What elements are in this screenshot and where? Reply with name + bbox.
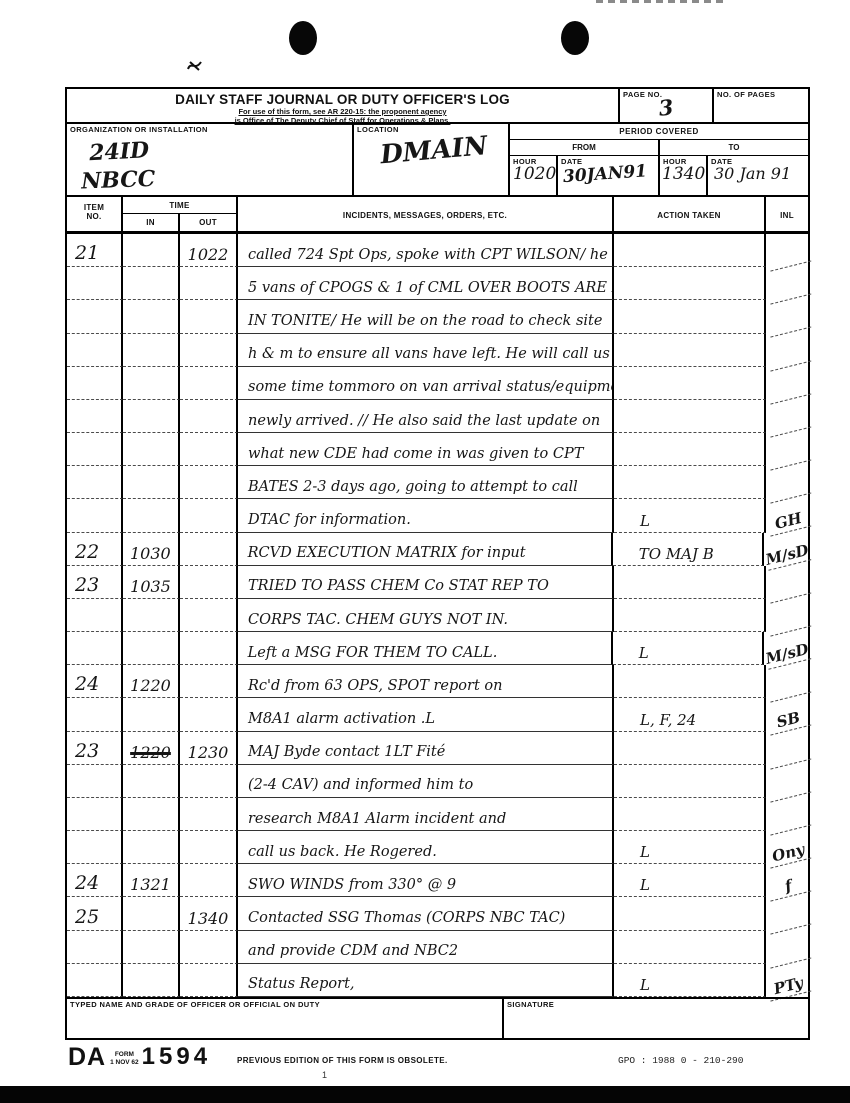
incident-text-cell: IN TONITE/ He will be on the road to che… [238, 300, 614, 333]
action-taken-cell: L, F, 24 [614, 698, 766, 731]
log-row: newly arrived. // He also said the last … [67, 400, 808, 433]
time-in-cell [123, 931, 180, 964]
time-in-cell [123, 964, 180, 997]
action-taken-cell [614, 566, 766, 599]
period-from-label: FROM [510, 140, 660, 156]
time-out-cell: 1022 [180, 234, 238, 267]
time-out-cell [180, 267, 238, 300]
log-row: IN TONITE/ He will be on the road to che… [67, 300, 808, 333]
time-in-cell [123, 632, 180, 665]
log-row: CORPS TAC. CHEM GUYS NOT IN. [67, 599, 808, 632]
time-out-cell [180, 367, 238, 400]
item-no-cell [67, 300, 123, 333]
time-out-cell [180, 931, 238, 964]
time-out-cell [180, 831, 238, 864]
log-row: 241220Rc'd from 63 OPS, SPOT report on [67, 665, 808, 698]
item-header-line1: ITEM [67, 203, 121, 212]
action-taken-cell [614, 334, 766, 367]
incident-text-cell: TRIED TO PASS CHEM Co STAT REP TO [238, 566, 614, 599]
incident-text-cell: MAJ Byde contact 1LT Fité [238, 732, 614, 765]
from-hour-value: 1020 [510, 166, 556, 183]
incident-text-cell: Status Report, [238, 964, 614, 997]
action-taken-cell [614, 665, 766, 698]
time-out-cell [180, 599, 238, 632]
action-taken-cell [614, 931, 766, 964]
time-in-cell [123, 400, 180, 433]
item-no-cell [67, 931, 123, 964]
item-no-cell: 21 [67, 234, 123, 267]
action-taken-cell [614, 798, 766, 831]
time-in-cell [123, 831, 180, 864]
log-table-header: ITEM NO. TIME IN OUT INCIDENTS, MESSAGES… [67, 197, 808, 234]
item-no-cell [67, 334, 123, 367]
action-taken-cell [614, 400, 766, 433]
incident-text-cell: research M8A1 Alarm incident and [238, 798, 614, 831]
to-date-value: 30 Jan 91 [708, 166, 808, 182]
incidents-header: INCIDENTS, MESSAGES, ORDERS, ETC. [238, 197, 614, 231]
time-out-cell [180, 533, 238, 566]
log-row: call us back. He Rogered.LOny [67, 831, 808, 864]
log-row: BATES 2-3 days ago, going to attempt to … [67, 466, 808, 499]
time-in-cell: 1030 [123, 533, 180, 566]
scanned-da-form-1594-page: DAILY STAFF JOURNAL OR DUTY OFFICER'S LO… [0, 0, 850, 1103]
action-taken-header: ACTION TAKEN [614, 197, 766, 231]
time-out-header: OUT [180, 214, 236, 231]
period-covered-block: PERIOD COVERED FROM TO HOUR 1020 DATE 30… [510, 124, 808, 197]
log-row: 251340Contacted SSG Thomas (CORPS NBC TA… [67, 897, 808, 930]
form-edition-date: 1 NOV 62 [110, 1059, 139, 1066]
incident-text-cell: h & m to ensure all vans have left. He w… [238, 334, 614, 367]
from-hour-cell: HOUR 1020 [510, 156, 558, 195]
time-in-cell: 1220 [123, 665, 180, 698]
action-taken-cell [614, 267, 766, 300]
incident-text-cell: and provide CDM and NBC2 [238, 931, 614, 964]
from-date-value: 30JAN91 [558, 163, 659, 187]
time-out-cell [180, 566, 238, 599]
log-row: research M8A1 Alarm incident and [67, 798, 808, 831]
time-out-cell: 1340 [180, 897, 238, 930]
time-header: TIME IN OUT [123, 197, 238, 231]
log-row: 5 vans of CPOGS & 1 of CML OVER BOOTS AR… [67, 267, 808, 300]
location-block: LOCATION DMAIN [354, 124, 510, 197]
log-row: Left a MSG FOR THEM TO CALL.LM/sD [67, 632, 808, 665]
time-in-cell [123, 466, 180, 499]
incident-text-cell: (2-4 CAV) and informed him to [238, 765, 614, 798]
page-no-block: PAGE NO. 3 [620, 89, 714, 124]
action-taken-cell [614, 732, 766, 765]
time-out-cell [180, 698, 238, 731]
obsolete-note: PREVIOUS EDITION OF THIS FORM IS OBSOLET… [237, 1056, 448, 1065]
organization-block: ORGANIZATION OR INSTALLATION 24ID NBCC [67, 124, 354, 197]
item-no-header: ITEM NO. [67, 197, 123, 231]
action-taken-cell [614, 300, 766, 333]
action-taken-cell [614, 367, 766, 400]
item-no-cell [67, 466, 123, 499]
time-out-cell [180, 466, 238, 499]
time-out-cell: 1230 [180, 732, 238, 765]
typed-name-label: TYPED NAME AND GRADE OF OFFICER OR OFFIC… [67, 999, 504, 1040]
item-no-cell [67, 367, 123, 400]
time-in-cell: 1220 [123, 732, 180, 765]
hole-punch-left-icon [289, 21, 317, 55]
form-title: DAILY STAFF JOURNAL OR DUTY OFFICER'S LO… [67, 89, 618, 107]
item-no-cell: 22 [67, 533, 123, 566]
action-taken-cell: L [614, 831, 766, 864]
action-taken-cell [614, 466, 766, 499]
time-in-cell [123, 698, 180, 731]
signature-row: TYPED NAME AND GRADE OF OFFICER OR OFFIC… [67, 997, 808, 1040]
incident-text-cell: DTAC for information. [238, 499, 614, 532]
time-in-cell [123, 499, 180, 532]
log-row: M8A1 alarm activation .LL, F, 24SB [67, 698, 808, 731]
time-out-cell [180, 798, 238, 831]
time-out-cell [180, 433, 238, 466]
time-in-cell [123, 897, 180, 930]
incident-text-cell: Contacted SSG Thomas (CORPS NBC TAC) [238, 897, 614, 930]
time-in-cell [123, 334, 180, 367]
time-in-cell [123, 433, 180, 466]
time-in-cell [123, 765, 180, 798]
time-out-cell [180, 632, 238, 665]
log-row: 241321SWO WINDS from 330° @ 9Lf [67, 864, 808, 897]
log-row: what new CDE had come in was given to CP… [67, 433, 808, 466]
time-in-cell [123, 599, 180, 632]
scan-edge-marks [596, 0, 726, 3]
incident-text-cell: some time tommoro on van arrival status/… [238, 367, 614, 400]
log-row: 231035TRIED TO PASS CHEM Co STAT REP TO [67, 566, 808, 599]
item-no-cell [67, 632, 123, 665]
incident-text-cell: M8A1 alarm activation .L [238, 698, 614, 731]
log-row: (2-4 CAV) and informed him to [67, 765, 808, 798]
no-of-pages-label: NO. OF PAGES [714, 89, 808, 99]
item-no-cell: 24 [67, 864, 123, 897]
item-no-cell [67, 698, 123, 731]
log-row: and provide CDM and NBC2 [67, 931, 808, 964]
time-out-cell [180, 964, 238, 997]
no-of-pages-block: NO. OF PAGES [714, 89, 808, 124]
inl-header: INL [766, 197, 808, 231]
action-taken-cell [614, 234, 766, 267]
from-date-cell: DATE 30JAN91 [558, 156, 660, 195]
time-in-cell [123, 367, 180, 400]
item-no-cell: 23 [67, 732, 123, 765]
action-taken-cell: L [613, 632, 765, 665]
incident-text-cell: SWO WINDS from 330° @ 9 [238, 864, 614, 897]
time-out-cell [180, 499, 238, 532]
ink-smudge-icon [186, 58, 204, 74]
time-in-cell: 1321 [123, 864, 180, 897]
log-row: DTAC for information.LGH [67, 499, 808, 532]
time-in-header: IN [123, 214, 180, 231]
time-out-cell [180, 300, 238, 333]
item-no-cell [67, 964, 123, 997]
form-word-and-date: FORM 1 NOV 62 [110, 1051, 139, 1067]
action-taken-cell [614, 765, 766, 798]
log-row: 211022called 724 Spt Ops, spoke with CPT… [67, 234, 808, 267]
item-header-line2: NO. [67, 212, 121, 221]
incident-text-cell: newly arrived. // He also said the last … [238, 400, 614, 433]
log-row: some time tommoro on van arrival status/… [67, 367, 808, 400]
form-number: 1594 [142, 1045, 211, 1069]
form-subtitle-line1: For use of this form, see AR 220-15: the… [67, 107, 618, 116]
time-in-cell [123, 267, 180, 300]
incident-text-cell: called 724 Spt Ops, spoke with CPT WILSO… [238, 234, 614, 267]
time-in-cell [123, 798, 180, 831]
time-out-cell [180, 400, 238, 433]
da-form-1594: DAILY STAFF JOURNAL OR DUTY OFFICER'S LO… [65, 87, 810, 1040]
to-hour-cell: HOUR 1340 [660, 156, 708, 195]
item-no-cell [67, 400, 123, 433]
time-out-cell [180, 864, 238, 897]
item-no-cell [67, 798, 123, 831]
action-taken-cell: L [614, 499, 766, 532]
incident-text-cell: what new CDE had come in was given to CP… [238, 433, 614, 466]
form-number-block: DA FORM 1 NOV 62 1594 [68, 1045, 211, 1070]
item-no-cell [67, 499, 123, 532]
time-out-cell [180, 665, 238, 698]
da-prefix: DA [68, 1045, 106, 1070]
incident-text-cell: call us back. He Rogered. [238, 831, 614, 864]
incident-text-cell: RCVD EXECUTION MATRIX for input [238, 533, 613, 566]
signature-label: SIGNATURE [504, 999, 808, 1040]
action-taken-cell: TO MAJ B [613, 533, 765, 566]
incident-text-cell: CORPS TAC. CHEM GUYS NOT IN. [238, 599, 614, 632]
action-taken-cell: L [614, 864, 766, 897]
item-no-cell [67, 831, 123, 864]
item-no-cell [67, 765, 123, 798]
scan-bottom-bar [0, 1086, 850, 1103]
time-header-label: TIME [123, 197, 236, 214]
item-no-cell [67, 433, 123, 466]
incident-text-cell: 5 vans of CPOGS & 1 of CML OVER BOOTS AR… [238, 267, 614, 300]
form-word: FORM [115, 1051, 134, 1058]
incident-text-cell: BATES 2-3 days ago, going to attempt to … [238, 466, 614, 499]
to-date-cell: DATE 30 Jan 91 [708, 156, 808, 195]
to-hour-value: 1340 [660, 166, 706, 183]
item-no-cell [67, 267, 123, 300]
time-in-cell: 1035 [123, 566, 180, 599]
log-row: 221030RCVD EXECUTION MATRIX for inputTO … [67, 533, 808, 566]
action-taken-cell: L [614, 964, 766, 997]
action-taken-cell [614, 433, 766, 466]
gpo-print-code: GPO : 1988 0 - 210-290 [618, 1055, 743, 1066]
period-to-label: TO [660, 140, 808, 156]
time-out-cell [180, 765, 238, 798]
log-row: h & m to ensure all vans have left. He w… [67, 334, 808, 367]
item-no-cell: 25 [67, 897, 123, 930]
log-row: 2312201230MAJ Byde contact 1LT Fité [67, 732, 808, 765]
action-taken-cell [614, 897, 766, 930]
item-no-cell: 23 [67, 566, 123, 599]
incident-text-cell: Rc'd from 63 OPS, SPOT report on [238, 665, 614, 698]
log-row: Status Report,LPTy [67, 964, 808, 997]
action-taken-cell [614, 599, 766, 632]
item-no-cell [67, 599, 123, 632]
period-covered-label: PERIOD COVERED [510, 124, 808, 140]
form-title-block: DAILY STAFF JOURNAL OR DUTY OFFICER'S LO… [67, 89, 620, 124]
time-in-cell [123, 234, 180, 267]
item-no-cell: 24 [67, 665, 123, 698]
time-in-cell [123, 300, 180, 333]
stray-mark: 1 [322, 1070, 327, 1080]
time-out-cell [180, 334, 238, 367]
hole-punch-right-icon [561, 21, 589, 55]
log-body: 211022called 724 Spt Ops, spoke with CPT… [67, 234, 808, 997]
incident-text-cell: Left a MSG FOR THEM TO CALL. [238, 632, 613, 665]
